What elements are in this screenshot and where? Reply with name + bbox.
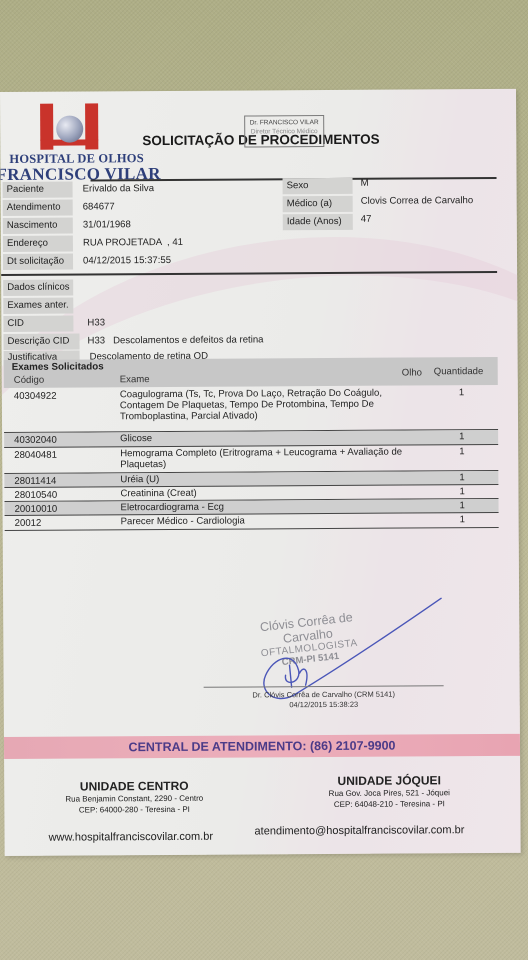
cell-exame: Creatinina (Creat) <box>120 487 410 500</box>
col-codigo: Código <box>14 375 44 386</box>
stamp-line1: Dr. FRANCISCO VILAR <box>245 118 323 127</box>
value-descricao-cid: H33 Descolamentos e defeitos da retina <box>87 332 263 349</box>
cell-quantidade: 1 <box>459 446 464 457</box>
cell-exame: Eletrocardiograma - Ecg <box>121 501 411 514</box>
cell-exame: Coagulograma (Ts, Tc, Prova Do Laço, Ret… <box>120 388 410 423</box>
signed-at: 04/12/2015 15:38:23 <box>204 699 444 709</box>
cell-quantidade: 1 <box>460 500 465 511</box>
label-dados-clinicos: Dados clínicos <box>3 280 73 296</box>
cell-codigo: 20012 <box>15 518 42 529</box>
value-paciente: Erivaldo da Silva <box>83 181 155 197</box>
label-nascimento: Nascimento <box>3 218 73 234</box>
table-row: 20012Parecer Médico - Cardiologia1 <box>5 513 499 531</box>
cell-codigo: 28011414 <box>14 476 56 487</box>
value-dt-solicitacao: 04/12/2015 15:37:55 <box>83 253 171 270</box>
email-link[interactable]: atendimento@hospitalfranciscovilar.com.b… <box>254 824 464 837</box>
cell-codigo: 40304922 <box>14 391 57 402</box>
unit-centro-address: Rua Benjamin Constant, 2290 - Centro <box>44 793 224 805</box>
cell-exame: Glicose <box>120 432 410 445</box>
value-nascimento: 31/01/1968 <box>83 217 131 233</box>
value-medico: Clovis Correa de Carvalho <box>361 193 474 210</box>
table-row: 28040481Hemograma Completo (Eritrograma … <box>4 445 498 474</box>
value-cid: H33 <box>87 315 105 331</box>
value-atendimento: 684677 <box>83 199 115 215</box>
exams-section-header: Exames Solicitados Código Exame Olho Qua… <box>4 357 498 388</box>
unit-joquei-name: UNIDADE JÓQUEI <box>304 773 474 788</box>
col-quantidade: Quantidade <box>434 366 484 377</box>
label-cid: CID <box>3 316 73 332</box>
label-dt-solicitacao: Dt solicitação <box>3 254 73 270</box>
cell-codigo: 28010540 <box>14 490 57 501</box>
label-paciente: Paciente <box>3 182 73 198</box>
label-medico: Médico (a) <box>283 196 353 212</box>
exams-table: 40304922Coagulograma (Ts, Tc, Prova Do L… <box>0 89 516 92</box>
cell-quantidade: 1 <box>459 387 464 398</box>
exams-section-title: Exames Solicitados <box>12 361 104 373</box>
label-atendimento: Atendimento <box>3 200 73 216</box>
cell-quantidade: 1 <box>459 486 464 497</box>
patient-divider <box>1 271 497 276</box>
unit-joquei-cep: CEP: 64048-210 - Teresina - PI <box>304 798 474 810</box>
col-olho: Olho <box>402 367 422 378</box>
cell-codigo: 20010010 <box>15 504 58 515</box>
label-descricao-cid: Descrição CID <box>3 334 79 350</box>
central-atendimento-band: CENTRAL DE ATENDIMENTO: (86) 2107-9900 <box>4 734 520 759</box>
cell-codigo: 40302040 <box>14 435 57 446</box>
table-row: 40304922Coagulograma (Ts, Tc, Prova Do L… <box>4 386 498 433</box>
cell-exame: Parecer Médico - Cardiologia <box>121 514 411 527</box>
website-link[interactable]: www.hospitalfranciscovilar.com.br <box>49 831 214 844</box>
cell-quantidade: 1 <box>459 472 464 483</box>
value-endereco: RUA PROJETADA , 41 <box>83 235 183 252</box>
cell-codigo: 28040481 <box>14 450 57 461</box>
unit-centro: UNIDADE CENTRO Rua Benjamin Constant, 22… <box>44 779 224 816</box>
procedure-request-document: HOSPITAL DE OLHOS FRANCISCO VILAR SOLICI… <box>0 89 521 856</box>
cell-exame: Uréia (U) <box>120 473 410 486</box>
cell-quantidade: 1 <box>460 514 465 525</box>
cell-exame: Hemograma Completo (Eritrograma + Leucog… <box>120 447 410 471</box>
col-exame: Exame <box>120 374 150 385</box>
unit-centro-name: UNIDADE CENTRO <box>44 779 224 794</box>
value-idade: 47 <box>361 212 372 228</box>
label-exames-anter: Exames anter. <box>3 298 73 314</box>
label-idade: Idade (Anos) <box>283 214 353 230</box>
label-sexo: Sexo <box>283 178 353 194</box>
unit-centro-cep: CEP: 64000-280 - Teresina - PI <box>44 804 224 816</box>
director-stamp: Dr. FRANCISCO VILAR Diretor Técnico Médi… <box>244 115 324 147</box>
label-endereco: Endereço <box>3 236 73 252</box>
unit-joquei: UNIDADE JÓQUEI Rua Gov. Joca Pires, 521 … <box>304 773 474 810</box>
unit-joquei-address: Rua Gov. Joca Pires, 521 - Jóquei <box>304 787 474 799</box>
value-sexo: M <box>361 176 369 192</box>
hospital-logo-icon <box>38 103 102 153</box>
stamp-line2: Diretor Técnico Médico <box>245 127 323 136</box>
cell-quantidade: 1 <box>459 431 464 442</box>
signed-by: Dr. Clóvis Corrêa de Carvalho (CRM 5141) <box>204 689 444 699</box>
